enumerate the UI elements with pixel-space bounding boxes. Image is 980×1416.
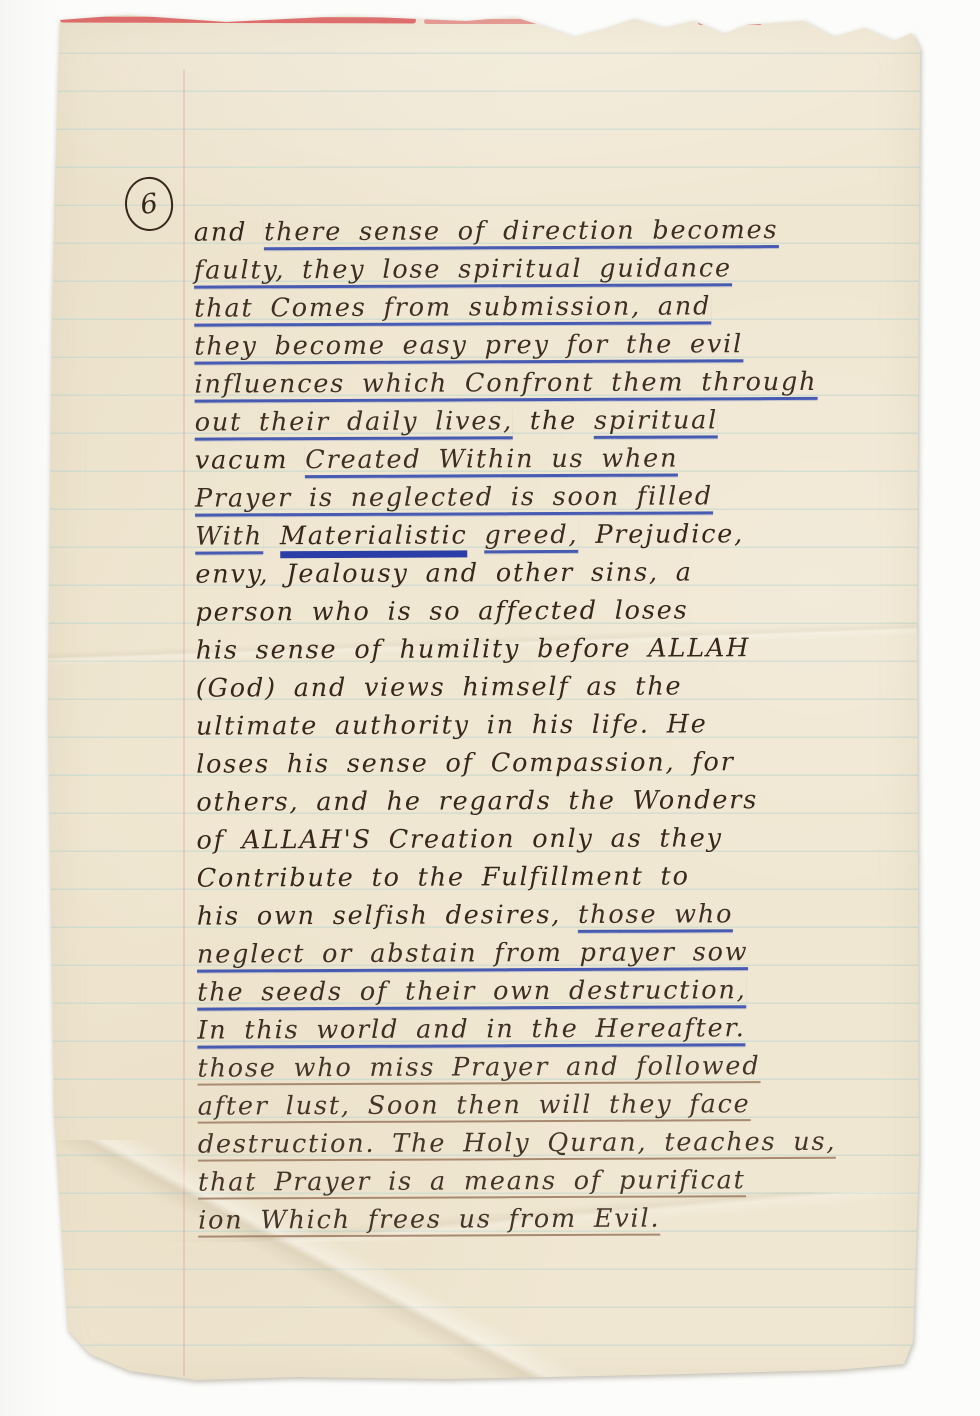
underlined-text: Prayer is neglected is soon filled	[195, 481, 713, 516]
text-segment: vacum	[195, 445, 306, 475]
torn-edge-residue	[698, 20, 762, 25]
handwritten-line: neglect or abstain from prayer sow	[197, 932, 927, 973]
handwritten-line: others, and he regards the Wonders	[196, 780, 926, 821]
torn-edge-residue	[60, 17, 416, 24]
handwritten-line: loses his sense of Compassion, for	[196, 742, 926, 783]
underlined-text: those who miss Prayer and followed	[197, 1051, 760, 1085]
handwritten-line: Contribute to the Fulfillment to	[197, 856, 927, 897]
torn-edge-residue	[834, 22, 860, 26]
handwritten-line: his own selfish desires, those who	[197, 894, 927, 935]
underlined-text: after lust, Soon then will they face	[198, 1089, 751, 1123]
underlined-text: spiritual	[594, 405, 718, 439]
notepad-page: 6 and there sense of direction becomesfa…	[46, 12, 920, 1384]
torn-edge-residue	[424, 19, 554, 24]
handwritten-line: that Prayer is a means of purificat	[198, 1160, 928, 1201]
handwritten-line: (God) and views himself as the	[196, 666, 926, 707]
handwritten-line: out their daily lives, the spiritual	[195, 400, 925, 441]
text-segment: the	[513, 406, 594, 436]
text-segment: and	[194, 217, 264, 247]
handwritten-line: Prayer is neglected is soon filled	[195, 476, 925, 517]
handwritten-line: ion Which frees us from Evil.	[198, 1198, 928, 1239]
handwritten-line: vacum Created Within us when	[195, 438, 925, 479]
text-segment: (God) and views himself as the	[196, 671, 683, 703]
underlined-text: that Prayer is a means of purificat	[198, 1165, 746, 1199]
underlined-text: ion Which frees us from Evil.	[198, 1204, 660, 1238]
underlined-text: faulty, they lose spiritual guidance	[194, 253, 732, 288]
handwritten-line: destruction. The Holy Quran, teaches us,	[198, 1122, 928, 1163]
text-segment: envy, Jealousy and other sins, a	[195, 557, 693, 589]
handwritten-line: that Comes from submission, and	[194, 286, 924, 327]
text-segment: Prejudice,	[578, 519, 744, 550]
underlined-text: those who	[578, 899, 733, 933]
handwritten-text: and there sense of direction becomesfaul…	[194, 210, 928, 1239]
underlined-text: out their daily lives,	[195, 406, 513, 440]
underlined-text: that Comes from submission, and	[194, 291, 711, 326]
text-segment: ultimate authority in his life. He	[196, 709, 708, 741]
handwritten-line: person who is so affected loses	[195, 590, 925, 631]
paper-wrapper: 6 and there sense of direction becomesfa…	[46, 12, 920, 1384]
handwritten-line: his sense of humility before ALLAH	[196, 628, 926, 669]
text-segment: of ALLAH'S Creation only as they	[196, 823, 722, 855]
underlined-text: greed,	[484, 520, 578, 553]
handwritten-line: after lust, Soon then will they face	[198, 1084, 928, 1125]
page-number-text: 6	[138, 187, 159, 220]
handwritten-line: With Materialistic greed, Prejudice,	[195, 514, 925, 555]
underlined-text: Materialistic	[280, 520, 468, 558]
handwritten-line: In this world and in the Hereafter.	[197, 1008, 927, 1049]
handwritten-line: the seeds of their own destruction,	[197, 970, 927, 1011]
handwritten-line: those who miss Prayer and followed	[197, 1046, 927, 1087]
text-segment: his sense of humility before ALLAH	[196, 633, 751, 665]
underlined-text: influences which Confront them through	[194, 367, 817, 403]
handwritten-line: they become easy prey for the evil	[194, 324, 924, 365]
handwritten-line: ultimate authority in his life. He	[196, 704, 926, 745]
handwritten-line: influences which Confront them through	[194, 362, 924, 403]
underlined-text: neglect or abstain from prayer sow	[197, 937, 748, 972]
underlined-text: In this world and in the Hereafter.	[197, 1013, 745, 1048]
underlined-text: there sense of direction becomes	[264, 215, 778, 250]
text-segment: loses his sense of Compassion, for	[196, 747, 735, 779]
handwritten-line: faulty, they lose spiritual guidance	[194, 248, 924, 289]
margin-line	[183, 70, 185, 1376]
underlined-text: destruction. The Holy Quran, teaches us,	[198, 1127, 837, 1162]
handwritten-line: envy, Jealousy and other sins, a	[195, 552, 925, 593]
text-segment: his own selfish desires,	[197, 900, 578, 932]
text-segment	[263, 521, 280, 551]
underlined-text: the seeds of their own destruction,	[197, 975, 747, 1010]
handwritten-line: and there sense of direction becomes	[194, 210, 924, 251]
text-segment	[467, 520, 484, 550]
underlined-text: Created Within us when	[305, 443, 678, 478]
underlined-text: With	[195, 521, 263, 554]
text-segment: person who is so affected loses	[195, 595, 688, 627]
text-segment: others, and he regards the Wonders	[196, 785, 758, 817]
scanner-background: 6 and there sense of direction becomesfa…	[0, 0, 980, 1416]
handwritten-line: of ALLAH'S Creation only as they	[196, 818, 926, 859]
text-segment: Contribute to the Fulfillment to	[197, 861, 690, 893]
underlined-text: they become easy prey for the evil	[194, 329, 743, 364]
